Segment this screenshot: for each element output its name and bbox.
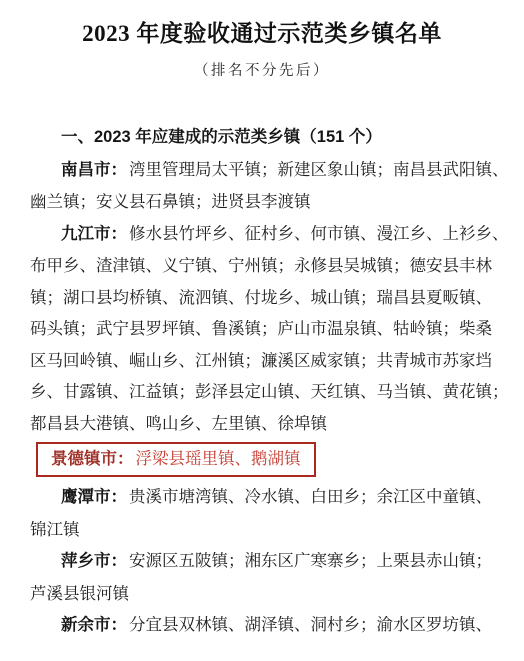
city-label: 新余市： (61, 616, 129, 634)
paragraph-line: 萍乡市：安源区五陂镇；湘东区广寒寨乡；上栗县赤山镇； (30, 545, 496, 578)
city-paragraph-nanchang: 南昌市：湾里管理局太平镇；新建区象山镇；南昌县武阳镇、 幽兰镇；安义县石鼻镇；进… (30, 154, 496, 218)
document-page: 2023 年度验收通过示范类乡镇名单 （排名不分先后） 一、2023 年应建成的… (0, 0, 524, 661)
highlight-box: 景德镇市：浮梁县瑶里镇、鹅湖镇 (36, 442, 316, 477)
line-text: 安源区五陂镇；湘东区广寒寨乡；上栗县赤山镇； (129, 551, 492, 570)
city-paragraph-xinyu: 新余市：分宜县双林镇、湖泽镇、洞村乡；渝水区罗坊镇、 (30, 609, 496, 642)
paragraph-line: 码头镇；武宁县罗坪镇、鲁溪镇；庐山市温泉镇、牯岭镇；柴桑 (30, 313, 496, 345)
line-text: 浮梁县瑶里镇、鹅湖镇 (136, 449, 301, 468)
paragraph-line: 镇；湖口县均桥镇、流泗镇、付垅乡、城山镇；瑞昌县夏畈镇、 (30, 282, 496, 314)
line-text: 湾里管理局太平镇；新建区象山镇；南昌县武阳镇、 (129, 160, 509, 179)
paragraph-line: 九江市：修水县竹坪乡、征村乡、何市镇、漫江乡、上衫乡、 (30, 218, 496, 251)
line-text: 贵溪市塘湾镇、冷水镇、白田乡；余江区中童镇、 (129, 487, 492, 506)
document-body: 一、2023 年应建成的示范类乡镇（151 个） 南昌市：湾里管理局太平镇；新建… (30, 122, 496, 642)
line-text: 分宜县双林镇、湖泽镇、洞村乡；渝水区罗坊镇、 (129, 615, 492, 634)
document-title: 2023 年度验收通过示范类乡镇名单 (0, 0, 524, 48)
paragraph-line: 乡、甘露镇、江益镇；彭泽县定山镇、天红镇、马当镇、黄花镇； (30, 376, 496, 408)
city-paragraph-pingxiang: 萍乡市：安源区五陂镇；湘东区广寒寨乡；上栗县赤山镇； 芦溪县银河镇 (30, 545, 496, 609)
city-label: 萍乡市： (61, 552, 129, 570)
paragraph-line: 鹰潭市：贵溪市塘湾镇、冷水镇、白田乡；余江区中童镇、 (30, 481, 496, 514)
paragraph-line: 锦江镇 (30, 514, 496, 546)
section-heading: 一、2023 年应建成的示范类乡镇（151 个） (30, 122, 496, 154)
city-paragraph-jingdezhen: 景德镇市：浮梁县瑶里镇、鹅湖镇 (30, 442, 496, 477)
city-label: 南昌市： (61, 161, 129, 179)
city-paragraph-jiujiang: 九江市：修水县竹坪乡、征村乡、何市镇、漫江乡、上衫乡、 布甲乡、渣津镇、义宁镇、… (30, 218, 496, 440)
city-label: 鹰潭市： (61, 488, 129, 506)
document-subtitle: （排名不分先后） (0, 59, 524, 80)
paragraph-line: 新余市：分宜县双林镇、湖泽镇、洞村乡；渝水区罗坊镇、 (30, 609, 496, 642)
paragraph-line: 芦溪县银河镇 (30, 578, 496, 610)
paragraph-line: 都昌县大港镇、鸣山乡、左里镇、徐埠镇 (30, 408, 496, 440)
paragraph-line: 南昌市：湾里管理局太平镇；新建区象山镇；南昌县武阳镇、 (30, 154, 496, 187)
line-text: 修水县竹坪乡、征村乡、何市镇、漫江乡、上衫乡、 (129, 224, 509, 243)
paragraph-line: 区马回岭镇、崛山乡、江州镇；濂溪区威家镇；共青城市苏家垱 (30, 345, 496, 377)
city-label: 景德镇市： (51, 450, 136, 468)
city-paragraph-yingtan: 鹰潭市：贵溪市塘湾镇、冷水镇、白田乡；余江区中童镇、 锦江镇 (30, 481, 496, 545)
paragraph-line: 幽兰镇；安义县石鼻镇；进贤县李渡镇 (30, 186, 496, 218)
paragraph-line: 布甲乡、渣津镇、义宁镇、宁州镇；永修县吴城镇；德安县丰林 (30, 250, 496, 282)
city-label: 九江市： (61, 225, 129, 243)
